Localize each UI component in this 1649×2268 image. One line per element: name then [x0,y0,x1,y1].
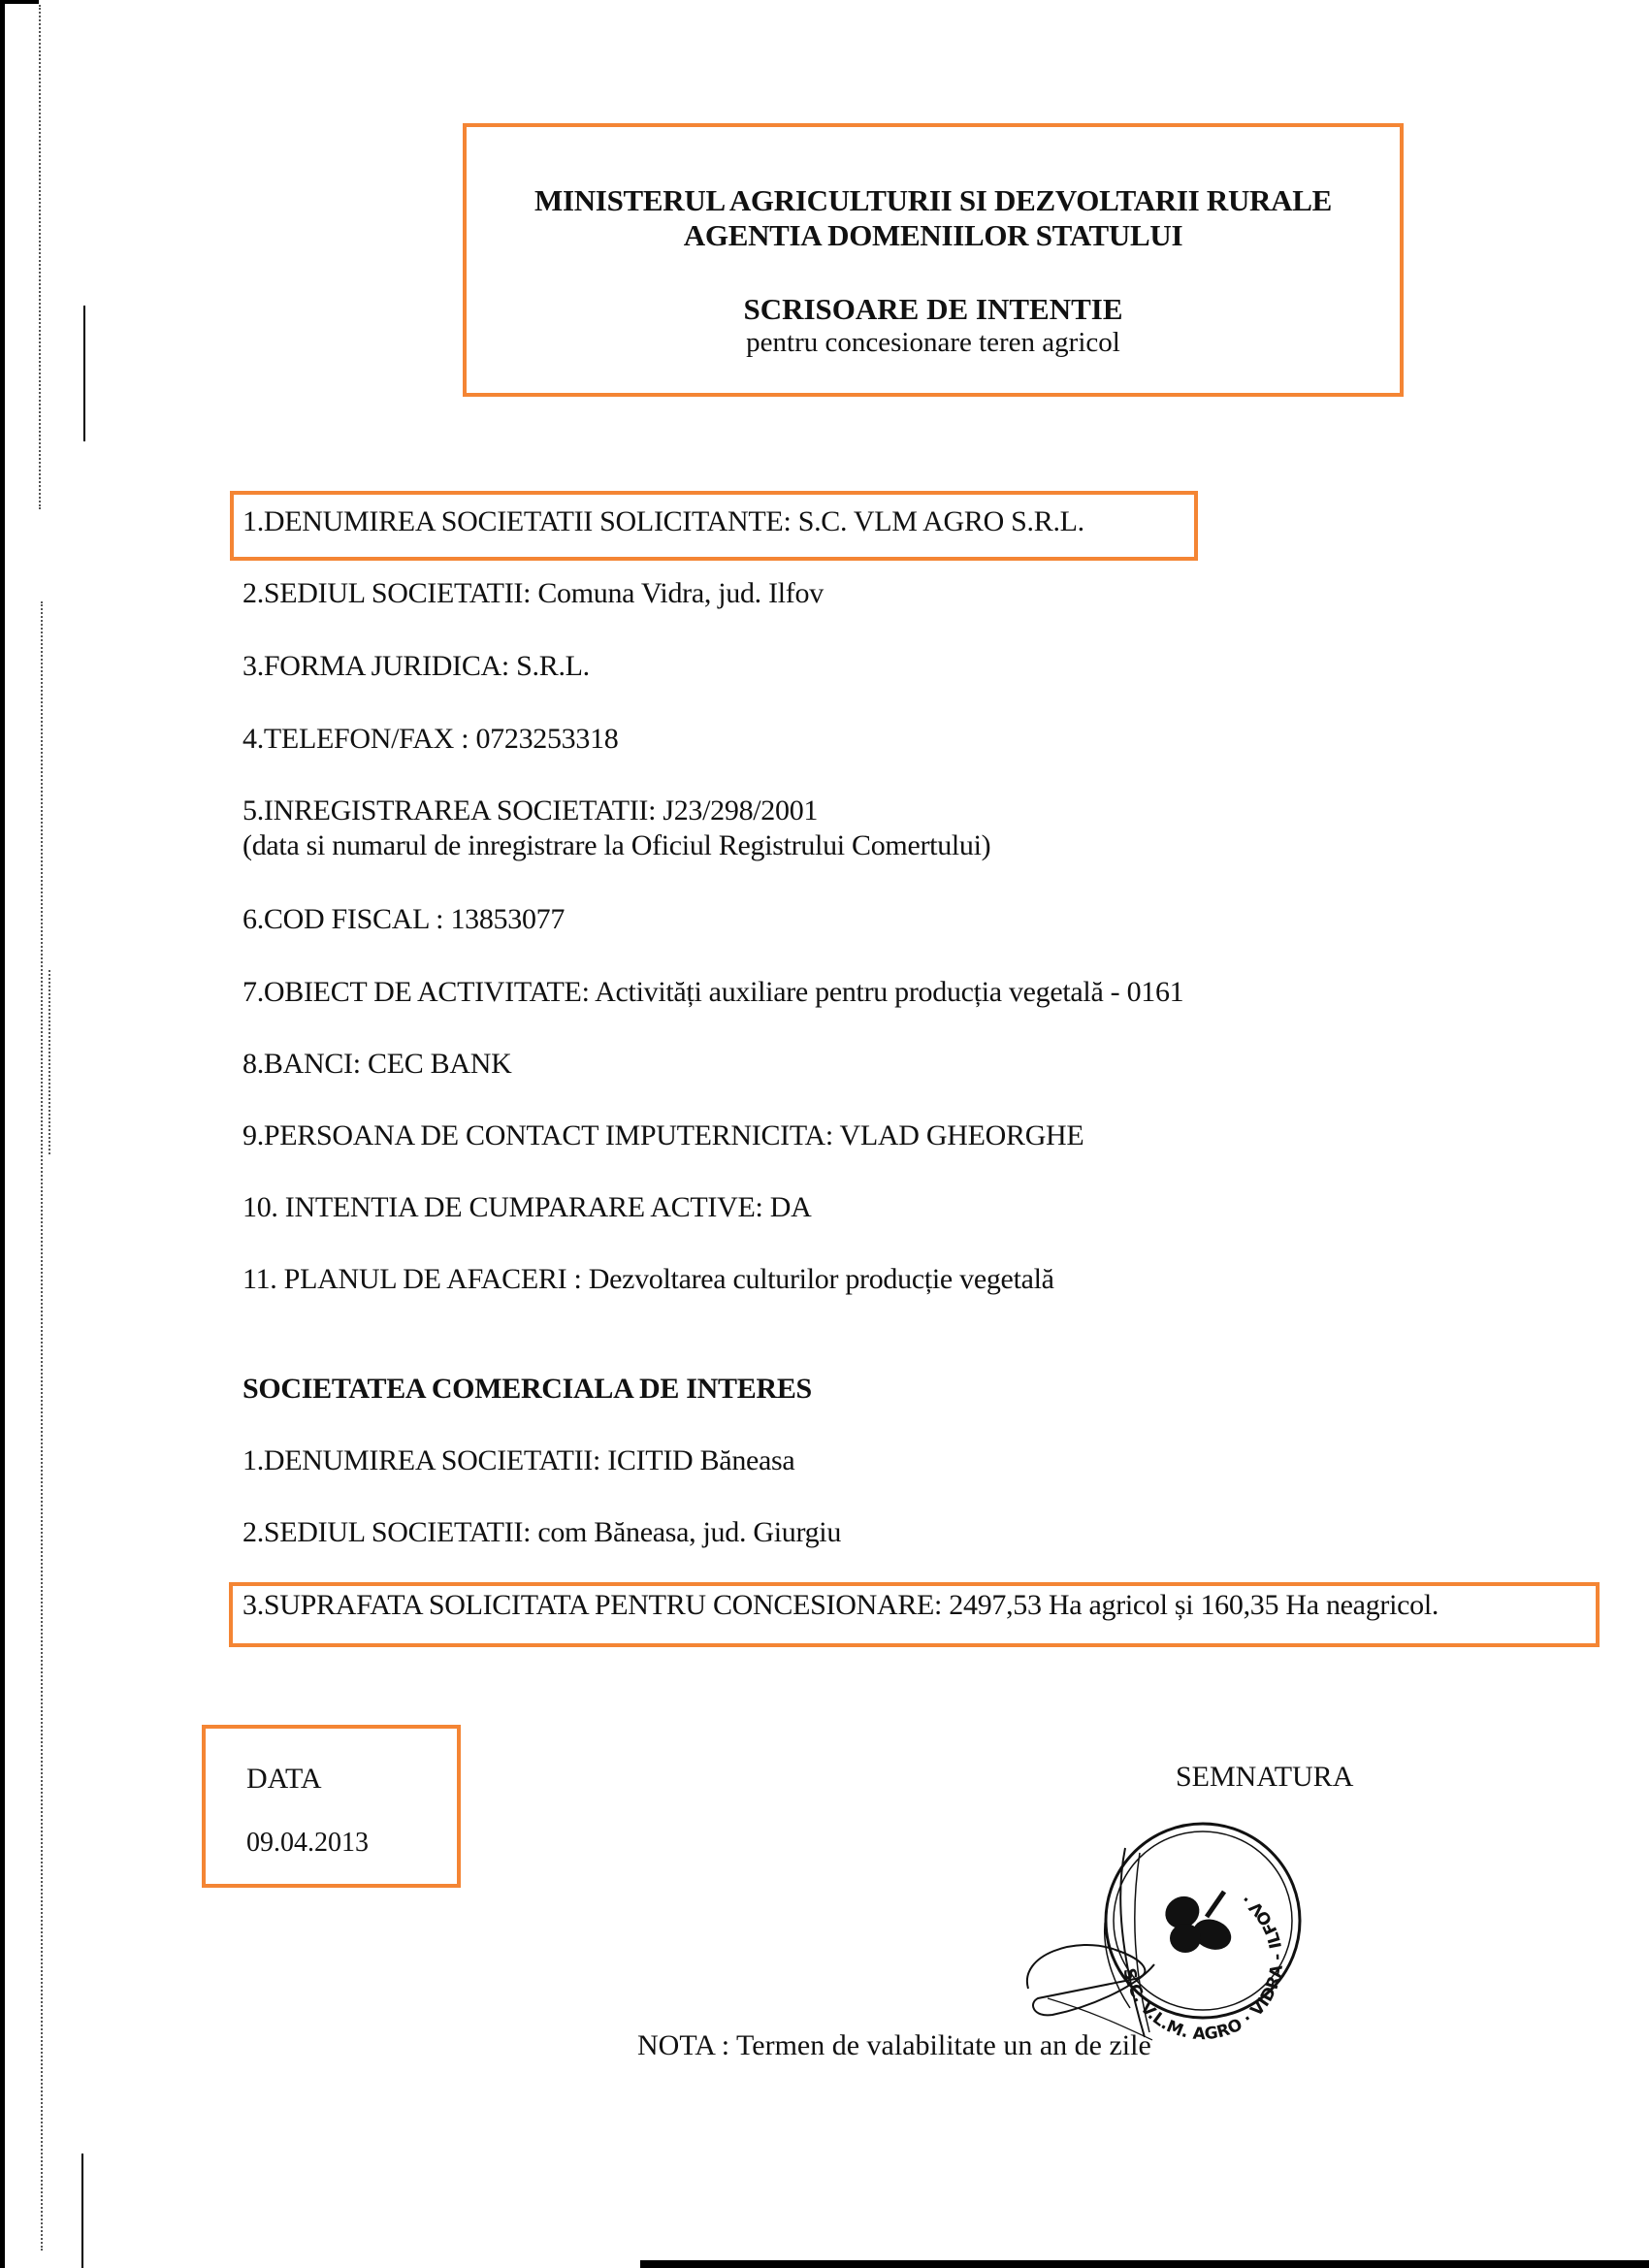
field-value: ICITID Băneasa [607,1444,794,1476]
field-label: 5.INREGISTRAREA SOCIETATII: [242,794,656,826]
company-stamp-icon: S.C. V.L.M. AGRO · VIDRA - ILFOV · [1009,1809,1319,2042]
field-value: Comuna Vidra, jud. Ilfov [537,577,824,609]
field-label: 10. INTENTIA DE CUMPARARE ACTIVE: [242,1191,763,1223]
field-business-plan: 11. PLANUL DE AFACERI : Dezvoltarea cult… [242,1263,1054,1296]
field-value: CEC BANK [368,1048,511,1080]
scan-artifact-line [81,2154,83,2268]
signature-label: SEMNATURA [1176,1761,1353,1794]
field-legal-form: 3.FORMA JURIDICA: S.R.L. [242,650,590,683]
field-label: 11. PLANUL DE AFACERI : [242,1263,582,1295]
field-registration: 5.INREGISTRAREA SOCIETATII: J23/298/2001 [242,794,818,827]
field-value: DA [770,1191,812,1223]
field-value: Dezvoltarea culturilor producție vegetal… [589,1263,1054,1295]
field-value: Activități auxiliare pentru producția ve… [595,976,1183,1008]
field-label: 3.FORMA JURIDICA: [242,650,509,682]
field-label: 4.TELEFON/FAX : [242,723,469,755]
field-value: S.R.L. [516,650,590,682]
field-contact-person: 9.PERSOANA DE CONTACT IMPUTERNICITA: VLA… [242,1119,1083,1152]
field-value: 2497,53 Ha agricol și 160,35 Ha neagrico… [949,1589,1439,1621]
field-registration-note: (data si numarul de inregistrare la Ofic… [242,829,990,862]
document-subtitle: pentru concesionare teren agricol [467,327,1400,359]
field-value: com Băneasa, jud. Giurgiu [537,1516,841,1548]
scan-artifact-line [39,5,41,509]
field-fiscal-code: 6.COD FISCAL : 13853077 [242,903,565,936]
date-value: 09.04.2013 [246,1828,369,1859]
field-asset-purchase: 10. INTENTIA DE CUMPARARE ACTIVE: DA [242,1191,811,1224]
field-activity: 7.OBIECT DE ACTIVITATE: Activități auxil… [242,976,1183,1009]
field-label: 8.BANCI: [242,1048,361,1080]
date-label: DATA [246,1763,322,1796]
validity-note: NOTA : Termen de valabilitate un an de z… [637,2029,1151,2062]
field-requested-area: 3.SUPRAFATA SOLICITATA PENTRU CONCESIONA… [242,1589,1439,1622]
field-company-name: 1.DENUMIREA SOCIETATII SOLICITANTE: S.C.… [242,505,1084,538]
field-label: 2.SEDIUL SOCIETATII: [242,1516,531,1548]
field-label: 9.PERSOANA DE CONTACT IMPUTERNICITA: [242,1119,833,1151]
scan-artifact-line [41,601,43,2251]
field-target-address: 2.SEDIUL SOCIETATII: com Băneasa, jud. G… [242,1516,841,1549]
scan-edge-top [0,0,39,4]
field-label: 1.DENUMIREA SOCIETATII: [242,1444,600,1476]
field-banks: 8.BANCI: CEC BANK [242,1048,511,1081]
field-value: S.C. VLM AGRO S.R.L. [798,505,1084,537]
ministry-name: MINISTERUL AGRICULTURII SI DEZVOLTARII R… [467,183,1400,218]
document-title: SCRISOARE DE INTENTIE [467,292,1400,327]
field-value: 0723253318 [475,723,618,755]
field-label: 7.OBIECT DE ACTIVITATE: [242,976,590,1008]
scan-artifact-line [48,970,50,1154]
field-company-address: 2.SEDIUL SOCIETATII: Comuna Vidra, jud. … [242,577,824,610]
field-label: 3.SUPRAFATA SOLICITATA PENTRU CONCESIONA… [242,1589,942,1621]
agency-name: AGENTIA DOMENIILOR STATULUI [467,218,1400,253]
scan-edge-left [0,0,5,2268]
scan-artifact-line [83,306,85,441]
target-company-heading: SOCIETATEA COMERCIALA DE INTERES [242,1373,812,1406]
field-label: 2.SEDIUL SOCIETATII: [242,577,531,609]
field-value: J23/298/2001 [663,794,818,826]
header-highlight-box: MINISTERUL AGRICULTURII SI DEZVOLTARII R… [463,123,1404,397]
field-value: VLAD GHEORGHE [840,1119,1084,1151]
field-target-name: 1.DENUMIREA SOCIETATII: ICITID Băneasa [242,1444,794,1477]
date-highlight-box: DATA 09.04.2013 [202,1725,461,1888]
field-value: 13853077 [450,903,565,935]
scan-artifact-bottom [640,2260,1649,2268]
field-phone-fax: 4.TELEFON/FAX : 0723253318 [242,723,619,756]
field-label: 1.DENUMIREA SOCIETATII SOLICITANTE: [242,505,791,537]
field-label: 6.COD FISCAL : [242,903,443,935]
